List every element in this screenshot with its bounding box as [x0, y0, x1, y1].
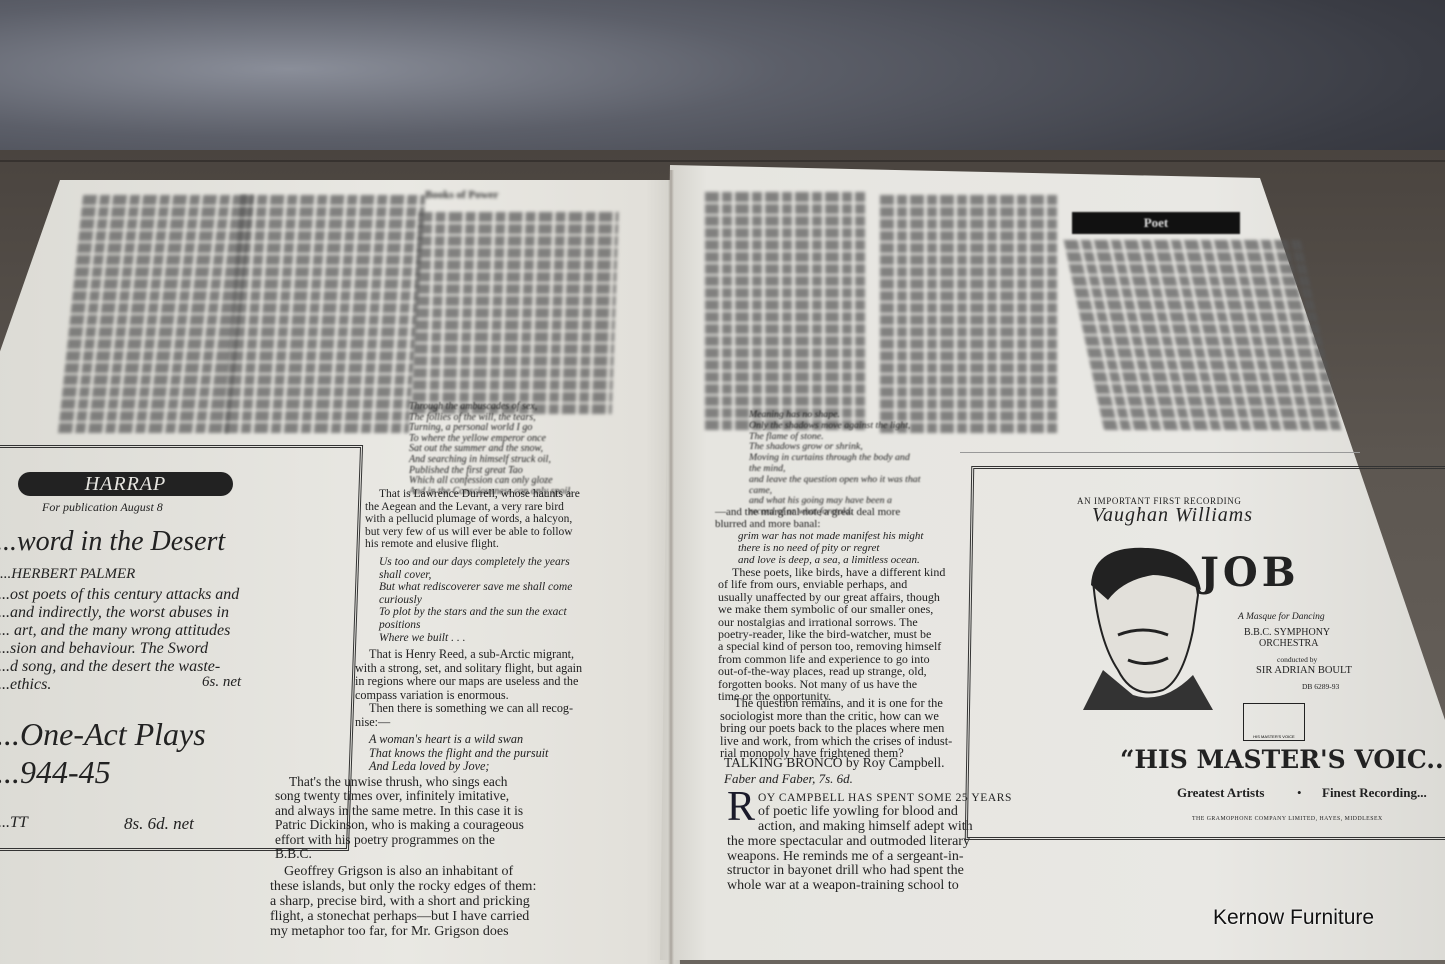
hmv-work-title: JOB	[1200, 566, 1300, 581]
harrap-logo: HARRAP	[18, 472, 233, 496]
hmv-tagline-separator: •	[1297, 786, 1302, 801]
book-title-sword-in-the-desert: ...word in the Desert	[0, 526, 225, 558]
hmv-catalogue-number: DB 6289-93	[1302, 680, 1339, 695]
book-title-year: ...944-45	[0, 754, 111, 791]
hmv-work-subtitle: A Masque for Dancing	[1238, 610, 1325, 625]
kernow-furniture-watermark: Kernow Furniture	[1213, 906, 1374, 930]
hmv-conductor: SIR ADRIAN BOULT	[1256, 664, 1352, 679]
review-heading-talking-bronco: TALKING BRONCO by Roy Campbell.	[724, 756, 1004, 771]
nipper-gramophone-logo: HIS MASTER'S VOICE	[1243, 703, 1305, 741]
review-publisher: Faber and Faber, 7s. 6d.	[724, 772, 1004, 787]
poem-grim-war: grim war has not made manifest his might…	[738, 530, 968, 566]
divider-rule	[960, 452, 1360, 453]
review-body: the more spectacular and outmoded litera…	[727, 835, 1027, 893]
hmv-brand: “HIS MASTER'S VOIC...	[1120, 753, 1445, 768]
book-author: ...HERBERT PALMER	[0, 566, 135, 583]
hmv-tagline-left: Greatest Artists	[1177, 786, 1264, 801]
book-price: 6s. net	[202, 674, 241, 691]
book-title-one-act-plays: ...One-Act Plays	[0, 716, 206, 753]
book-author-fragment: ...TT	[0, 814, 28, 832]
blurred-text-column	[1064, 240, 1347, 440]
paragraph-grigson: Geoffrey Grigson is also an inhabitant o…	[270, 864, 640, 939]
publication-note: For publication August 8	[42, 500, 163, 515]
paragraph-poets-like-birds: These poets, like birds, have a differen…	[718, 566, 980, 702]
paragraph-marginal-note: —and the marginal note a great deal more…	[715, 506, 965, 530]
paragraph-question-remains: The question remains, and it is one for …	[720, 697, 982, 760]
poem-durrell: Through the ambuscades of sex, The folli…	[385, 402, 645, 497]
paragraph-durrell: That is Lawrence Durrell, whose haunts a…	[365, 488, 630, 551]
blurred-text-column	[411, 212, 618, 422]
section-heading: Books of Power	[425, 190, 620, 210]
book-blurb: ...ost poets of this century attacks and…	[0, 586, 333, 694]
poem-reed: Us too and our days completely the years…	[365, 556, 635, 644]
poem-wild-swan: A woman's heart is a wild swan That know…	[355, 733, 640, 774]
hmv-company: THE GRAMOPHONE COMPANY LIMITED, HAYES, M…	[1192, 812, 1383, 827]
hmv-composer: Vaughan Williams	[1092, 508, 1253, 523]
hmv-tagline-right: Finest Recording...	[1322, 786, 1427, 801]
magazine-gutter	[668, 170, 674, 964]
blurred-text-column	[880, 195, 1060, 445]
book-price: 8s. 6d. net	[124, 814, 194, 834]
paragraph-dickinson: That's the unwise thrush, who sings each…	[275, 775, 640, 861]
drop-cap: R	[727, 786, 755, 828]
blurred-text-column	[57, 195, 253, 445]
hmv-orchestra: ORCHESTRA	[1259, 637, 1318, 652]
poem-shadows: Meaning has no shape. Only the shadows m…	[735, 410, 965, 518]
blurred-text-column	[705, 192, 865, 442]
section-bar-poet: Poet	[1072, 212, 1240, 234]
paragraph-reed: That is Henry Reed, a sub-Arctic migrant…	[355, 648, 640, 730]
